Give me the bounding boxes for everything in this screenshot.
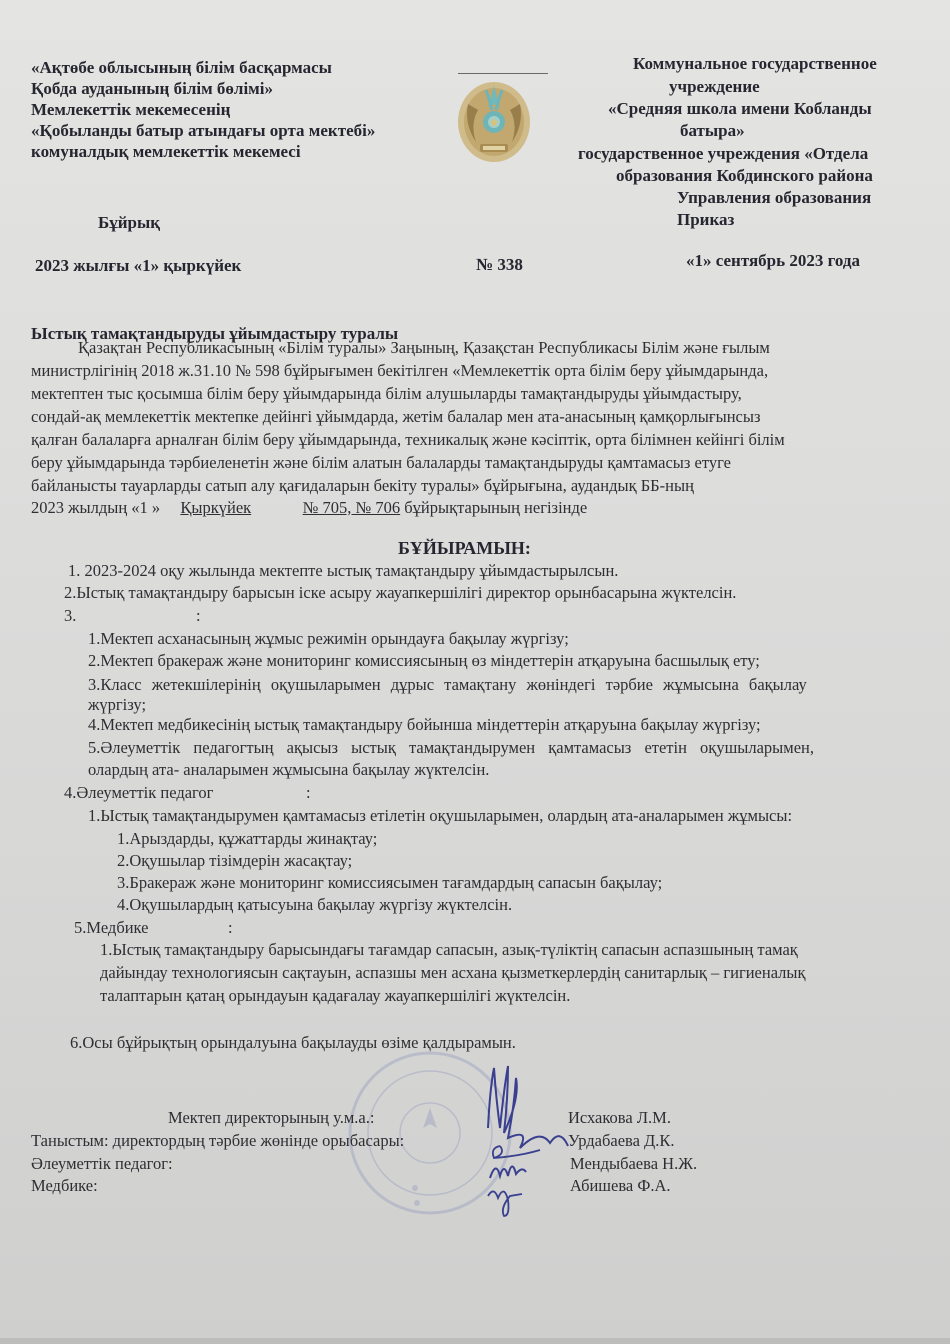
header-left-line: Қобда ауданының білім бөлімі»: [31, 78, 375, 99]
preamble-line: сондай-ақ мемлекеттік мектепке дейінгі ұ…: [31, 405, 760, 428]
order-item-4-subsub: 2.Оқушылар тізімдерін жасақтау;: [117, 849, 352, 872]
preamble-line: беру ұйымдарында тәрбиеленетін және білі…: [31, 451, 731, 474]
preamble-order-numbers: № 705, № 706: [303, 498, 401, 517]
order-item-3-sub: 3.Класс жетекшілерінің оқушыларымен дұры…: [88, 673, 807, 696]
signature-name: Мендыбаева Н.Ж.: [570, 1152, 697, 1175]
order-item-3-sub: 2.Мектеп бракераж және мониторинг комисс…: [88, 649, 760, 672]
order-item-5-sub: дайындау технологиясын сақтауын, аспазшы…: [100, 961, 806, 984]
doc-type-kz: Бұйрық: [98, 212, 160, 233]
date-kz: 2023 жылғы «1» қыркүйек: [35, 255, 241, 276]
header-right-line: государственное учреждения «Отдела: [578, 143, 868, 164]
emblem-divider: [458, 73, 548, 74]
header-right-doc-type: Приказ: [677, 209, 734, 230]
order-heading: БҰЙЫРАМЫН:: [398, 538, 531, 559]
order-number: № 338: [476, 254, 523, 275]
header-right-line: «Средняя школа имени Кобланды: [608, 98, 872, 119]
signature-role: Әлеуметтік педагог:: [31, 1152, 173, 1175]
header-right-line: учреждение: [669, 76, 760, 97]
order-item-3-number: 3.: [64, 604, 76, 627]
document-page: «Ақтөбе облысының білім басқармасы Қобда…: [0, 0, 950, 1344]
preamble-last-line: 2023 жылдың «1 » Қыркүйек № 705, № 706 б…: [31, 496, 587, 519]
signature-role: Мектеп директорының у.м.а.:: [168, 1106, 374, 1129]
header-left-line: «Қобыланды батыр атындағы орта мектебі»: [31, 120, 375, 141]
order-item-3-sub: 1.Мектеп асханасының жұмыс режимін орынд…: [88, 627, 569, 650]
preamble-line: байланысты тауарларды сатып алу қағидала…: [31, 474, 694, 497]
order-item-3-sub: 5.Әлеуметтік педагогтың ақысыз ыстық там…: [88, 736, 814, 759]
preamble-line: мектептен тыс қосымша білім беру ұйымдар…: [31, 382, 742, 405]
signature-name: Урдабаева Д.К.: [568, 1129, 675, 1152]
order-item-4-label: 4.Әлеуметтік педагог: [64, 781, 213, 804]
header-right-line: образования Кобдинского района: [616, 165, 873, 186]
header-left-line: комуналдық мемлекеттік мекемесі: [31, 141, 375, 162]
order-item-2: 2.Ыстық тамақтандыру барысын іске асыру …: [64, 581, 736, 604]
order-item-4-sub: 1.Ыстық тамақтандырумен қамтамасыз етіле…: [88, 804, 792, 827]
order-item-5-label: 5.Медбике: [74, 916, 148, 939]
order-item-4-colon: :: [306, 781, 311, 804]
signature-role: Медбике:: [31, 1174, 98, 1197]
preamble-line: министрлігінің 2018 ж.31.10 № 598 бұйрығ…: [31, 359, 768, 382]
order-item-4-subsub: 1.Арыздарды, құжаттарды жинақтау;: [117, 827, 377, 850]
header-left-line: «Ақтөбе облысының білім басқармасы: [31, 57, 375, 78]
preamble-date-prefix: 2023 жылдың «1 »: [31, 498, 160, 517]
order-item-5-colon: :: [228, 916, 233, 939]
order-item-3-sub: 4.Мектеп медбикесінің ыстық тамақтандыру…: [88, 713, 761, 736]
preamble-line: қалған балаларға арналған білім беру ұйы…: [31, 428, 785, 451]
preamble-line: Қазақтан Республикасының «Білім туралы» …: [78, 336, 770, 359]
header-right-line: батыра»: [680, 120, 745, 141]
order-item-4-subsub: 4.Оқушылардың қатысуына бақылау жүргізу …: [117, 893, 512, 916]
header-left-line: Мемлекеттік мекемесенің: [31, 99, 375, 120]
signature-name: Исхакова Л.М.: [568, 1106, 671, 1129]
paper-bottom-edge: [0, 1338, 950, 1344]
order-item-5-sub: 1.Ыстық тамақтандыру барысындағы тағамда…: [100, 938, 798, 961]
signature-name: Абишева Ф.А.: [570, 1174, 671, 1197]
signature-icon: [460, 1058, 570, 1218]
header-left: «Ақтөбе облысының білім басқармасы Қобда…: [31, 57, 375, 162]
preamble-month: Қыркүйек: [180, 496, 276, 519]
header-right-line: Управления образования: [677, 187, 871, 208]
preamble-suffix: бұйрықтарының негізінде: [404, 498, 587, 517]
state-emblem-icon: [456, 78, 532, 164]
order-item-1: 1. 2023-2024 оқу жылында мектепте ыстық …: [68, 559, 618, 582]
order-item-4-subsub: 3.Бракераж және мониторинг комиссиясымен…: [117, 871, 662, 894]
header-right-line: Коммунальное государственное: [633, 53, 877, 74]
order-item-5-sub: талаптарын қатаң орындауын қадағалау жау…: [100, 984, 570, 1007]
order-item-3-sub: олардың ата- аналарымен жұмысына бақылау…: [88, 758, 489, 781]
date-ru: «1» сентябрь 2023 года: [686, 250, 860, 271]
order-item-3-colon: :: [196, 604, 201, 627]
signature-role: Таныстым: директордың тәрбие жөнінде оры…: [31, 1129, 404, 1152]
